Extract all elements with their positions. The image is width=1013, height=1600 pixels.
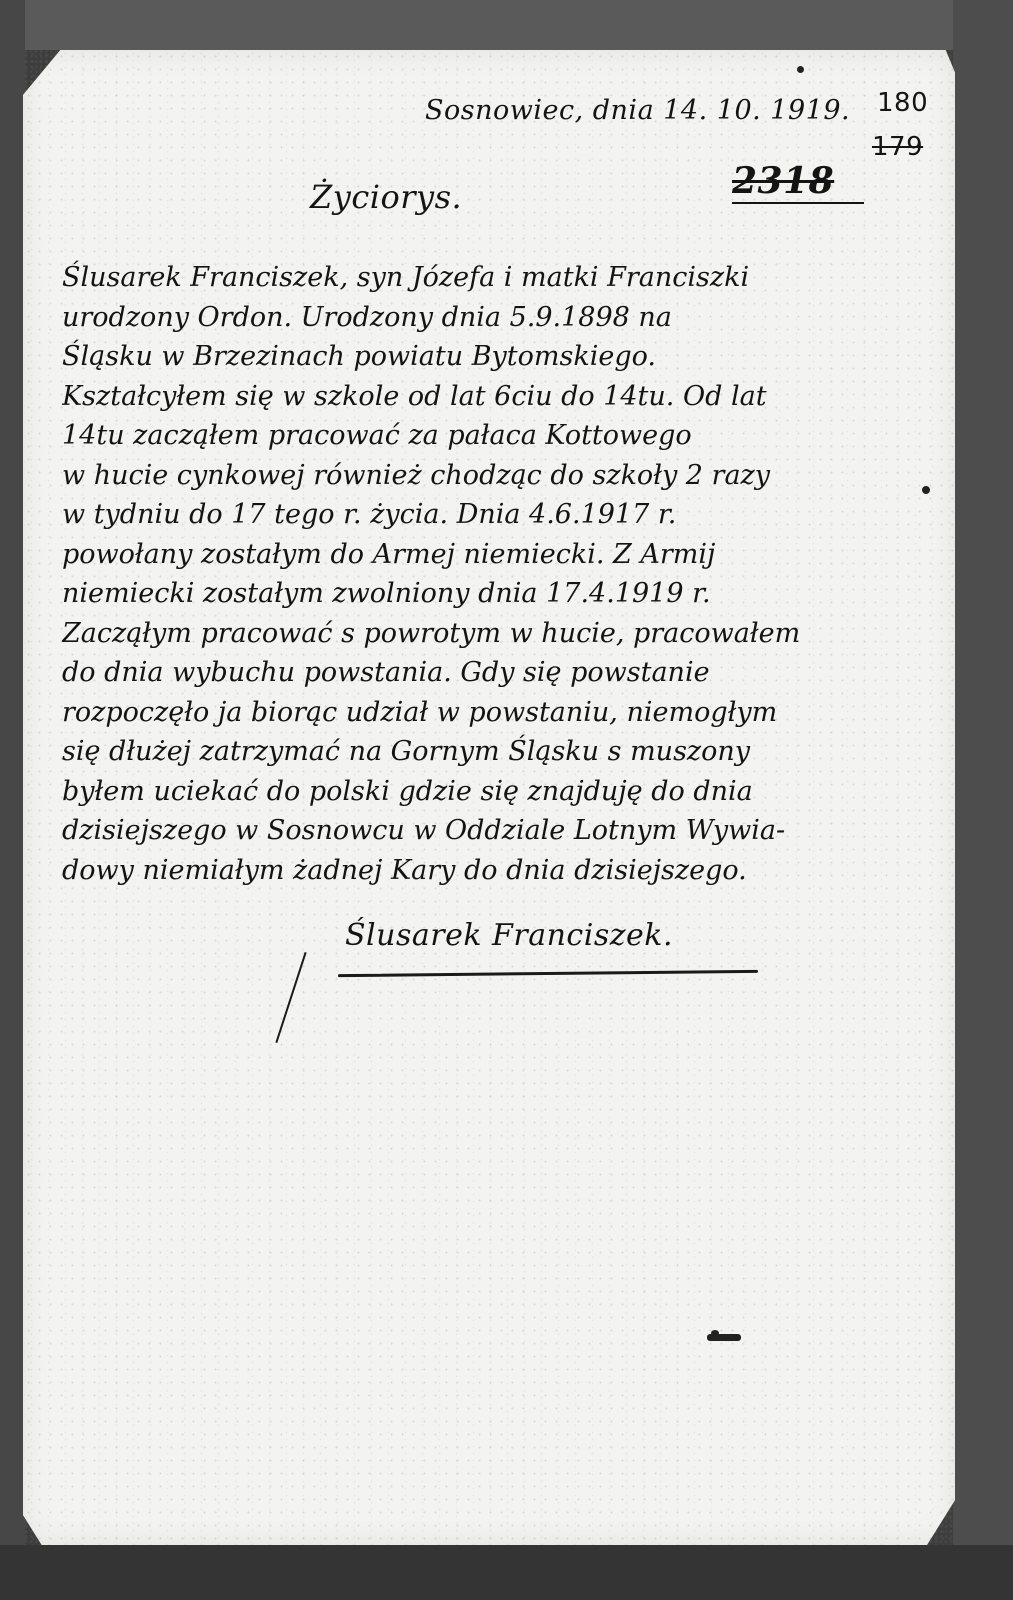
body-line: niemiecki zostałym zwolniony dnia 17.4.1… — [62, 574, 952, 614]
body-line: rozpoczęło ja biorąc udział w powstaniu,… — [62, 693, 952, 733]
body-line: 14tu zacząłem pracować za pałaca Kottowe… — [62, 416, 952, 456]
signature: Ślusarek Franciszek. — [345, 918, 673, 953]
letter-body: Ślusarek Franciszek, syn Józefa i matki … — [62, 258, 952, 890]
reference-number-crossed: 2318 — [732, 160, 864, 204]
ink-dot — [922, 486, 930, 494]
body-line: się dłużej zatrzymać na Gornym Śląsku s … — [62, 732, 952, 772]
archive-page-number-crossed: 179 — [872, 132, 923, 162]
place-and-date: Sosnowiec, dnia 14. 10. 1919. — [425, 95, 850, 126]
body-line: Śląsku w Brzezinach powiatu Bytomskiego. — [62, 337, 952, 377]
body-line: powołany zostałym do Armej niemiecki. Z … — [62, 535, 952, 575]
scan-background-top — [0, 0, 1013, 50]
scan-background-left — [0, 0, 25, 1600]
body-line: w tydniu do 17 tego r. życia. Dnia 4.6.1… — [62, 495, 952, 535]
ink-dot — [797, 66, 804, 73]
body-line: byłem uciekać do polski gdzie się znajdu… — [62, 772, 952, 812]
body-line: dowy niemiałym żadnej Kary do dnia dzisi… — [62, 851, 952, 891]
body-line: Kształcyłem się w szkole od lat 6ciu do … — [62, 377, 952, 417]
body-line: Ślusarek Franciszek, syn Józefa i matki … — [62, 258, 952, 298]
body-line: Zacząłym pracować s powrotym w hucie, pr… — [62, 614, 952, 654]
archive-page-number: 180 — [877, 88, 928, 118]
body-line: dzisiejszego w Sosnowcu w Oddziale Lotny… — [62, 811, 952, 851]
document-title: Życiorys. — [310, 178, 462, 216]
scan-background-bottom — [0, 1545, 1013, 1600]
ink-dot — [711, 1330, 719, 1336]
body-line: urodzony Ordon. Urodzony dnia 5.9.1898 n… — [62, 298, 952, 338]
body-line: w hucie cynkowej również chodząc do szko… — [62, 456, 952, 496]
body-line: do dnia wybuchu powstania. Gdy się powst… — [62, 653, 952, 693]
scan-background-right — [953, 0, 1013, 1600]
